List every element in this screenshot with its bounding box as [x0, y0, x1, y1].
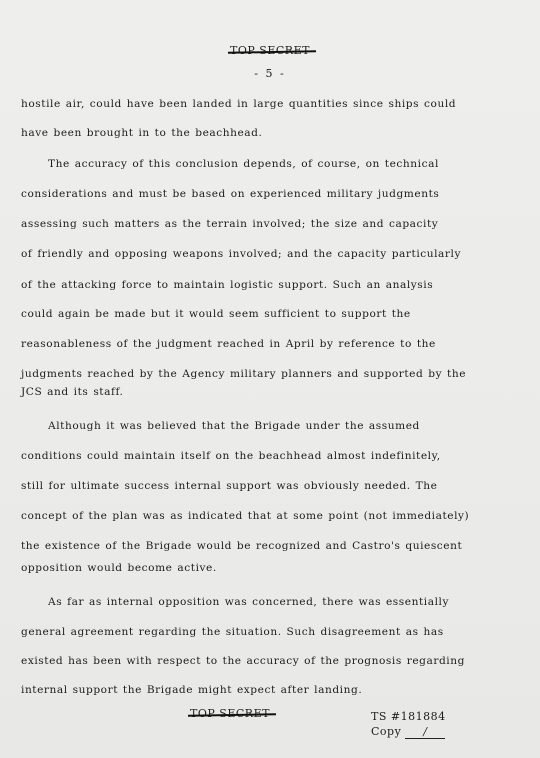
- text-line: The accuracy of this conclusion depends,…: [48, 158, 439, 170]
- text-line: considerations and must be based on expe…: [21, 188, 439, 200]
- text-line: judgments reached by the Agency military…: [21, 368, 466, 380]
- struck-classification-text: TOP SECRET: [230, 44, 310, 57]
- copy-label: Copy: [371, 725, 401, 738]
- copy-number: Copy/: [371, 725, 445, 739]
- text-line: hostile air, could have been landed in l…: [21, 98, 456, 110]
- text-line: concept of the plan was as indicated tha…: [21, 510, 469, 522]
- text-line: As far as internal opposition was concer…: [48, 596, 449, 608]
- text-line: still for ultimate success internal supp…: [21, 480, 437, 492]
- page-number: - 5 -: [0, 67, 540, 80]
- text-line: the existence of the Brigade would be re…: [21, 540, 462, 552]
- text-line: Although it was believed that the Brigad…: [48, 420, 420, 432]
- copy-value: /: [405, 725, 445, 739]
- text-line: general agreement regarding the situatio…: [21, 626, 444, 638]
- text-line: of the attacking force to maintain logis…: [21, 279, 433, 291]
- text-line: opposition would become active.: [21, 562, 217, 574]
- struck-classification-text: TOP SECRET: [190, 707, 270, 720]
- text-line: of friendly and opposing weapons involve…: [21, 248, 461, 260]
- text-line: have been brought in to the beachhead.: [21, 127, 262, 139]
- document-page: TOP SECRET - 5 - hostile air, could have…: [0, 0, 540, 758]
- control-number: TS #181884: [371, 710, 446, 723]
- text-line: JCS and its staff.: [21, 386, 123, 398]
- text-line: could again be made but it would seem su…: [21, 308, 411, 320]
- header-classification-marking: TOP SECRET: [0, 44, 540, 57]
- text-line: internal support the Brigade might expec…: [21, 684, 362, 696]
- text-line: conditions could maintain itself on the …: [21, 450, 441, 462]
- text-line: reasonableness of the judgment reached i…: [21, 338, 436, 350]
- text-line: existed has been with respect to the acc…: [21, 655, 465, 667]
- text-line: assessing such matters as the terrain in…: [21, 218, 438, 230]
